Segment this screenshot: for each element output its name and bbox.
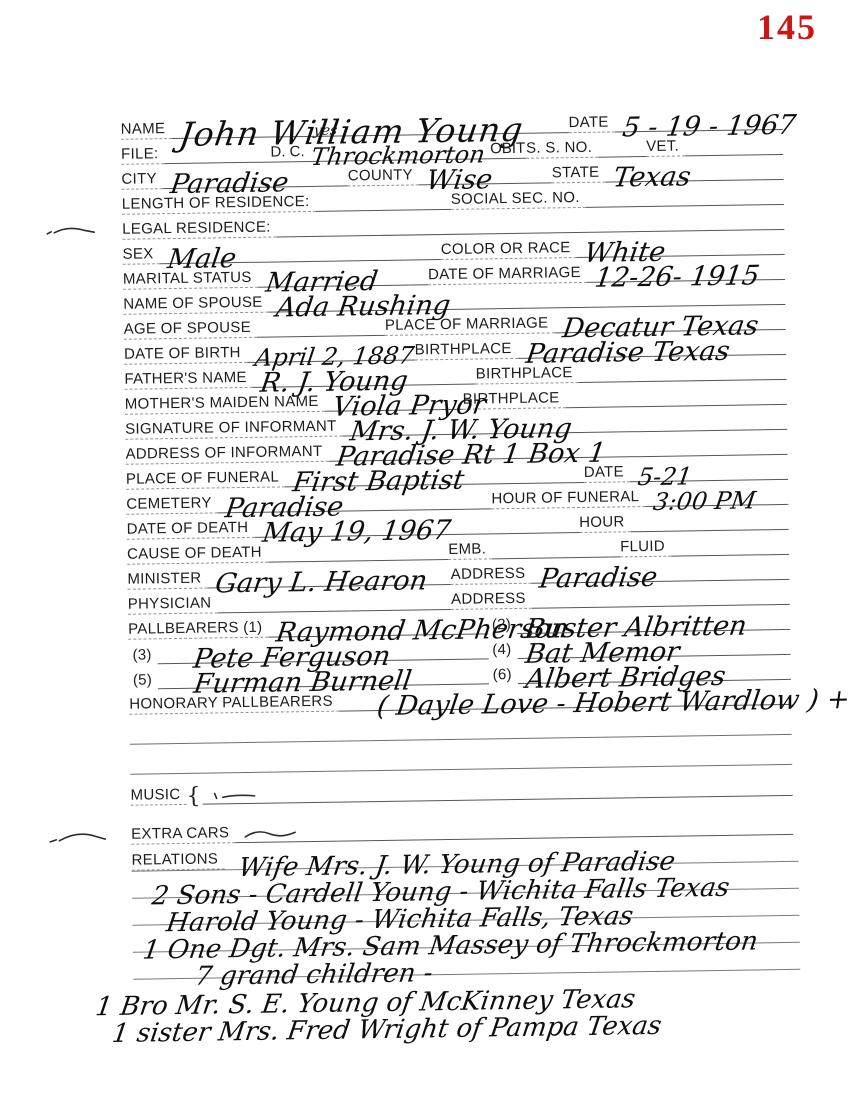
relations-line: 1 sister Mrs. Fred Wright of Pampa Texas [111,1021,662,1040]
relations-label: RELATIONS [131,850,224,870]
mothers-maiden-name-field: Viola Pryor [324,384,462,412]
honorary-pallbearers-field: ( Dayle Love - Hobert Wardlow ) + [339,679,792,712]
fathers-name-label: FATHER'S NAME [124,369,253,390]
physician-label: PHYSICIAN [128,594,218,614]
pallbearer-4-number: (4) [488,641,517,659]
marital-status-field: Married [257,259,428,288]
date-field: 5 - 19 - 1967 [614,104,782,132]
hour-of-funeral-label: HOUR OF FUNERAL [491,488,645,509]
music-brace: { [186,789,202,805]
honorary-pallbearers-label: HONORARY PALLBEARERS [129,693,339,715]
fluid-field [671,529,789,557]
music-label: MUSIC [130,786,186,806]
name-label: NAME [121,120,172,140]
date-of-birth-field: April 2, 1887 [247,334,415,362]
county-label: COUNTY [348,166,419,186]
squiggle-mark [243,825,297,842]
hour-label: HOUR [579,513,631,533]
father-birthplace-label: BIRTHPLACE [476,364,579,385]
state-label: STATE [552,164,606,184]
emb-label: EMB. [448,540,492,560]
age-of-spouse-field [257,310,385,338]
obit-label: OBIT [484,140,531,159]
minister-label: MINISTER [127,570,207,590]
birthplace-label: BIRTHPLACE [415,340,518,361]
age-of-spouse-label: AGE OF SPOUSE [124,319,258,340]
cause-of-death-field [268,534,449,563]
date-of-birth-label: DATE OF BIRTH [124,344,247,365]
emb-field [492,531,620,559]
hour-of-funeral-field: 3:00 PM [645,479,788,507]
vet-field [685,129,783,156]
form-content: NAME John William Young DATE 5 - 19 - 19… [0,0,850,1037]
city-label: CITY [121,170,163,190]
scanned-funeral-record-page: 145 NAME John William Young DATE 5 - 19 … [0,0,850,1100]
margin-check-mark [44,222,98,239]
funeral-date-field: 5-21 [630,454,788,482]
pallbearer-5-number: (5) [129,671,158,689]
state-field: Texas [605,154,783,183]
yes-note: yes [313,124,338,138]
sex-label: SEX [122,245,159,265]
color-or-race-label: COLOR OR RACE [441,239,577,260]
minister-address-label: ADDRESS [451,565,532,585]
cemetery-label: CEMETERY [126,494,218,514]
marital-status-label: MARITAL STATUS [123,269,258,290]
file-label: FILE: [121,145,165,165]
dc-label: D. C. [264,143,310,162]
fluid-label: FLUID [620,538,671,558]
pallbearer-6-number: (6) [488,666,517,684]
date-of-death-label: DATE OF DEATH [127,519,255,540]
funeral-date-label: DATE [584,463,630,483]
ssno-field [598,131,646,158]
county-field: Wise [419,157,552,185]
hour-field [630,504,788,532]
margin-check-mark [47,828,109,847]
extra-cars-label: EXTRA CARS [131,824,235,845]
date-label: DATE [568,113,614,133]
pen-dash-mark [210,789,256,804]
pallbearer-3-number: (3) [128,646,157,664]
ssno-label: S. S. NO. [526,139,598,159]
name-of-spouse-label: NAME OF SPOUSE [123,294,269,315]
honorary-pallbearers-value: ( Dayle Love - Hobert Wardlow ) + [376,693,850,713]
length-of-residence-field [315,184,451,212]
vet-label: VET. [646,137,685,157]
